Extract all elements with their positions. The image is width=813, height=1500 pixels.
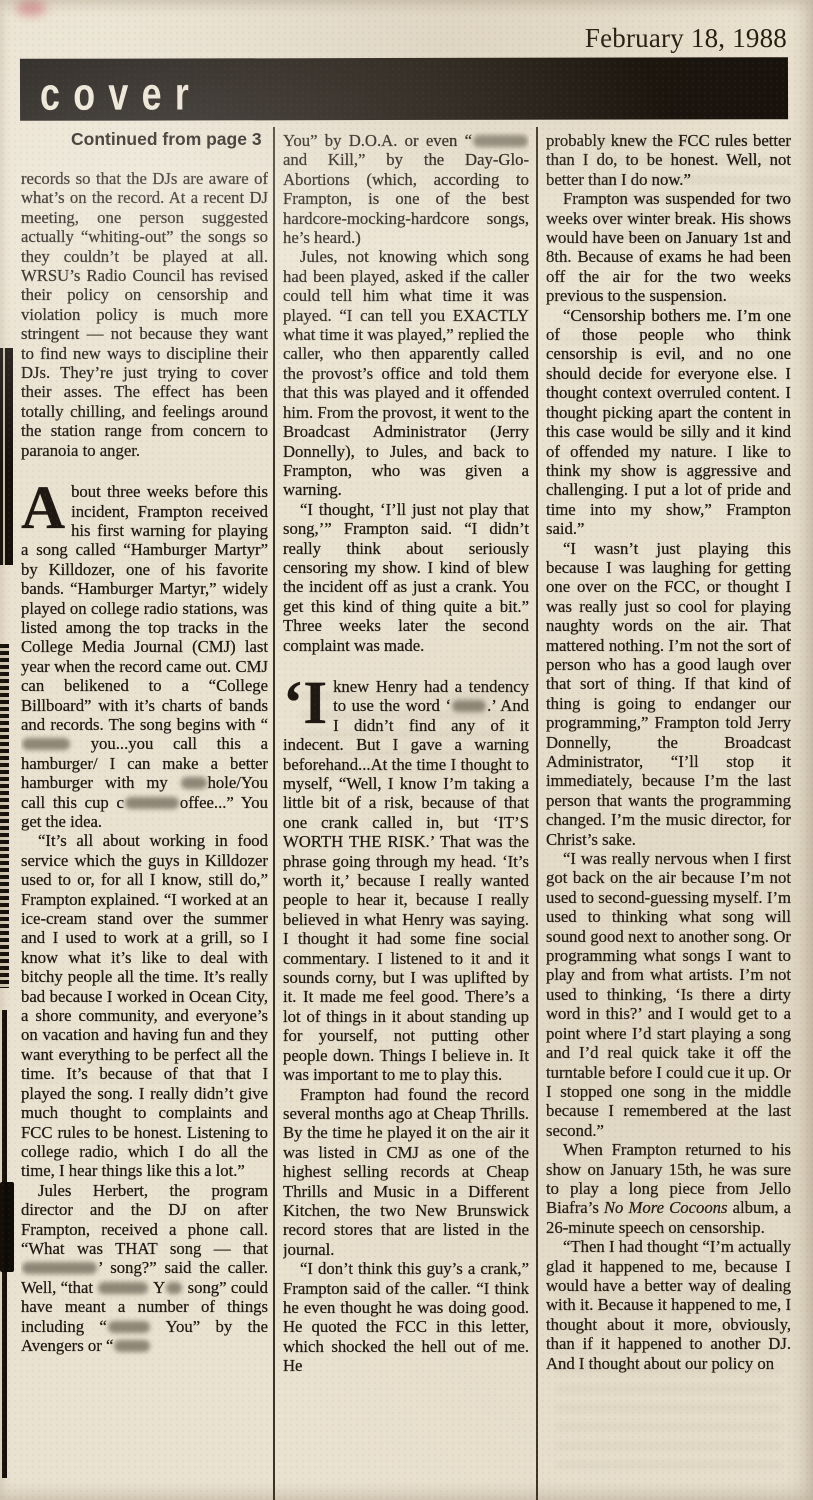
album-title-italic: No More Cocoons — [604, 1198, 728, 1217]
scan-artifact-ink-blob — [0, 1182, 14, 1272]
scan-smudge — [16, 0, 46, 16]
article-paragraph: “Censorship bothers me. I’m one of those… — [546, 306, 791, 539]
scan-artifact-photo-edge — [0, 348, 13, 565]
censored-word — [473, 135, 528, 147]
article-paragraph: probably knew the FCC rules better than … — [546, 131, 791, 189]
censored-word — [114, 1340, 150, 1352]
section-banner-label: cover — [40, 66, 202, 120]
section-banner: cover — [20, 57, 788, 121]
article-column-3: probably knew the FCC rules better than … — [546, 131, 791, 1500]
censored-word — [108, 1321, 150, 1333]
page-date: February 18, 1988 — [585, 23, 787, 54]
article-paragraph: ‘Iknew Henry had a tendency to use the w… — [283, 677, 529, 1085]
article-paragraph: Jules, not knowing which song had been p… — [283, 247, 529, 499]
censored-word — [98, 1282, 148, 1294]
article-paragraph: You” by D.O.A. or even “ and Kill,” by t… — [283, 131, 529, 247]
article-paragraph: “I wasn’t just playing this because I wa… — [546, 539, 791, 850]
drop-cap: ‘I — [283, 680, 327, 728]
drop-cap: A — [21, 485, 65, 533]
article-paragraph: “Then I had thought “I’m actually glad i… — [546, 1237, 791, 1373]
article-column-1: records so that the DJs are aware of wha… — [21, 169, 268, 1500]
censored-word — [22, 1262, 97, 1274]
censored-word — [22, 738, 70, 750]
article-paragraph: Frampton had found the record several mo… — [283, 1085, 529, 1260]
article-paragraph: “I don’t think this guy’s a crank,” Fram… — [283, 1259, 529, 1375]
censored-word — [452, 700, 486, 712]
article-paragraph: “I was really nervous when I first got b… — [546, 849, 791, 1140]
magazine-page: February 18, 1988 cover Continued from p… — [0, 0, 813, 1500]
article-paragraph: When Frampton returned to his show on Ja… — [546, 1140, 791, 1237]
scan-artifact-stripes — [0, 644, 9, 988]
column-divider — [536, 127, 538, 1500]
article-paragraph: About three weeks before this incident, … — [21, 482, 268, 831]
censored-word — [181, 777, 207, 789]
continued-from-note: Continued from page 3 — [71, 129, 262, 150]
article-paragraph: “I thought, ‘I’ll just not play that son… — [283, 500, 529, 655]
column-divider — [273, 127, 275, 1500]
article-paragraph: records so that the DJs are aware of wha… — [21, 169, 268, 460]
censored-word — [166, 1282, 182, 1294]
article-paragraph: “It’s all about working in food service … — [21, 831, 268, 1180]
article-paragraph: Jules Herbert, the program director and … — [21, 1181, 268, 1356]
censored-word — [125, 797, 179, 809]
article-column-2: You” by D.O.A. or even “ and Kill,” by t… — [283, 131, 529, 1500]
article-paragraph: Frampton was suspended for two weeks ove… — [546, 189, 791, 305]
